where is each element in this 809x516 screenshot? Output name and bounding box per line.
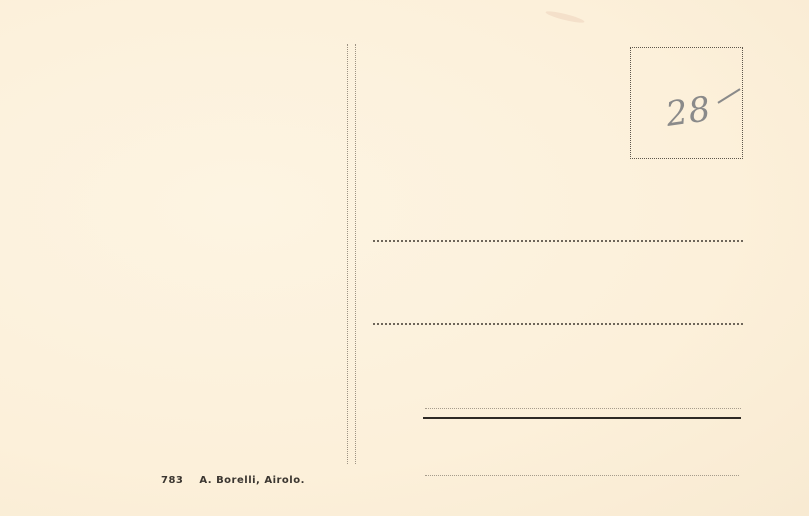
publisher-number: 783 — [161, 475, 183, 486]
publisher-imprint: 783 A. Borelli, Airolo. — [161, 475, 305, 486]
stain-mark — [545, 9, 585, 24]
address-line-2 — [373, 323, 743, 325]
divider-right-dotted-line — [355, 44, 356, 464]
address-line-1 — [373, 240, 743, 242]
handwritten-price: 28 — [663, 89, 713, 135]
address-line-4 — [425, 475, 739, 476]
divider-left-dotted-line — [347, 44, 348, 464]
address-line-3 — [425, 408, 741, 409]
address-underline-solid — [423, 417, 741, 419]
publisher-name: A. Borelli, Airolo. — [199, 475, 305, 486]
postcard-back: 28 783 A. Borelli, Airolo. — [0, 0, 809, 516]
